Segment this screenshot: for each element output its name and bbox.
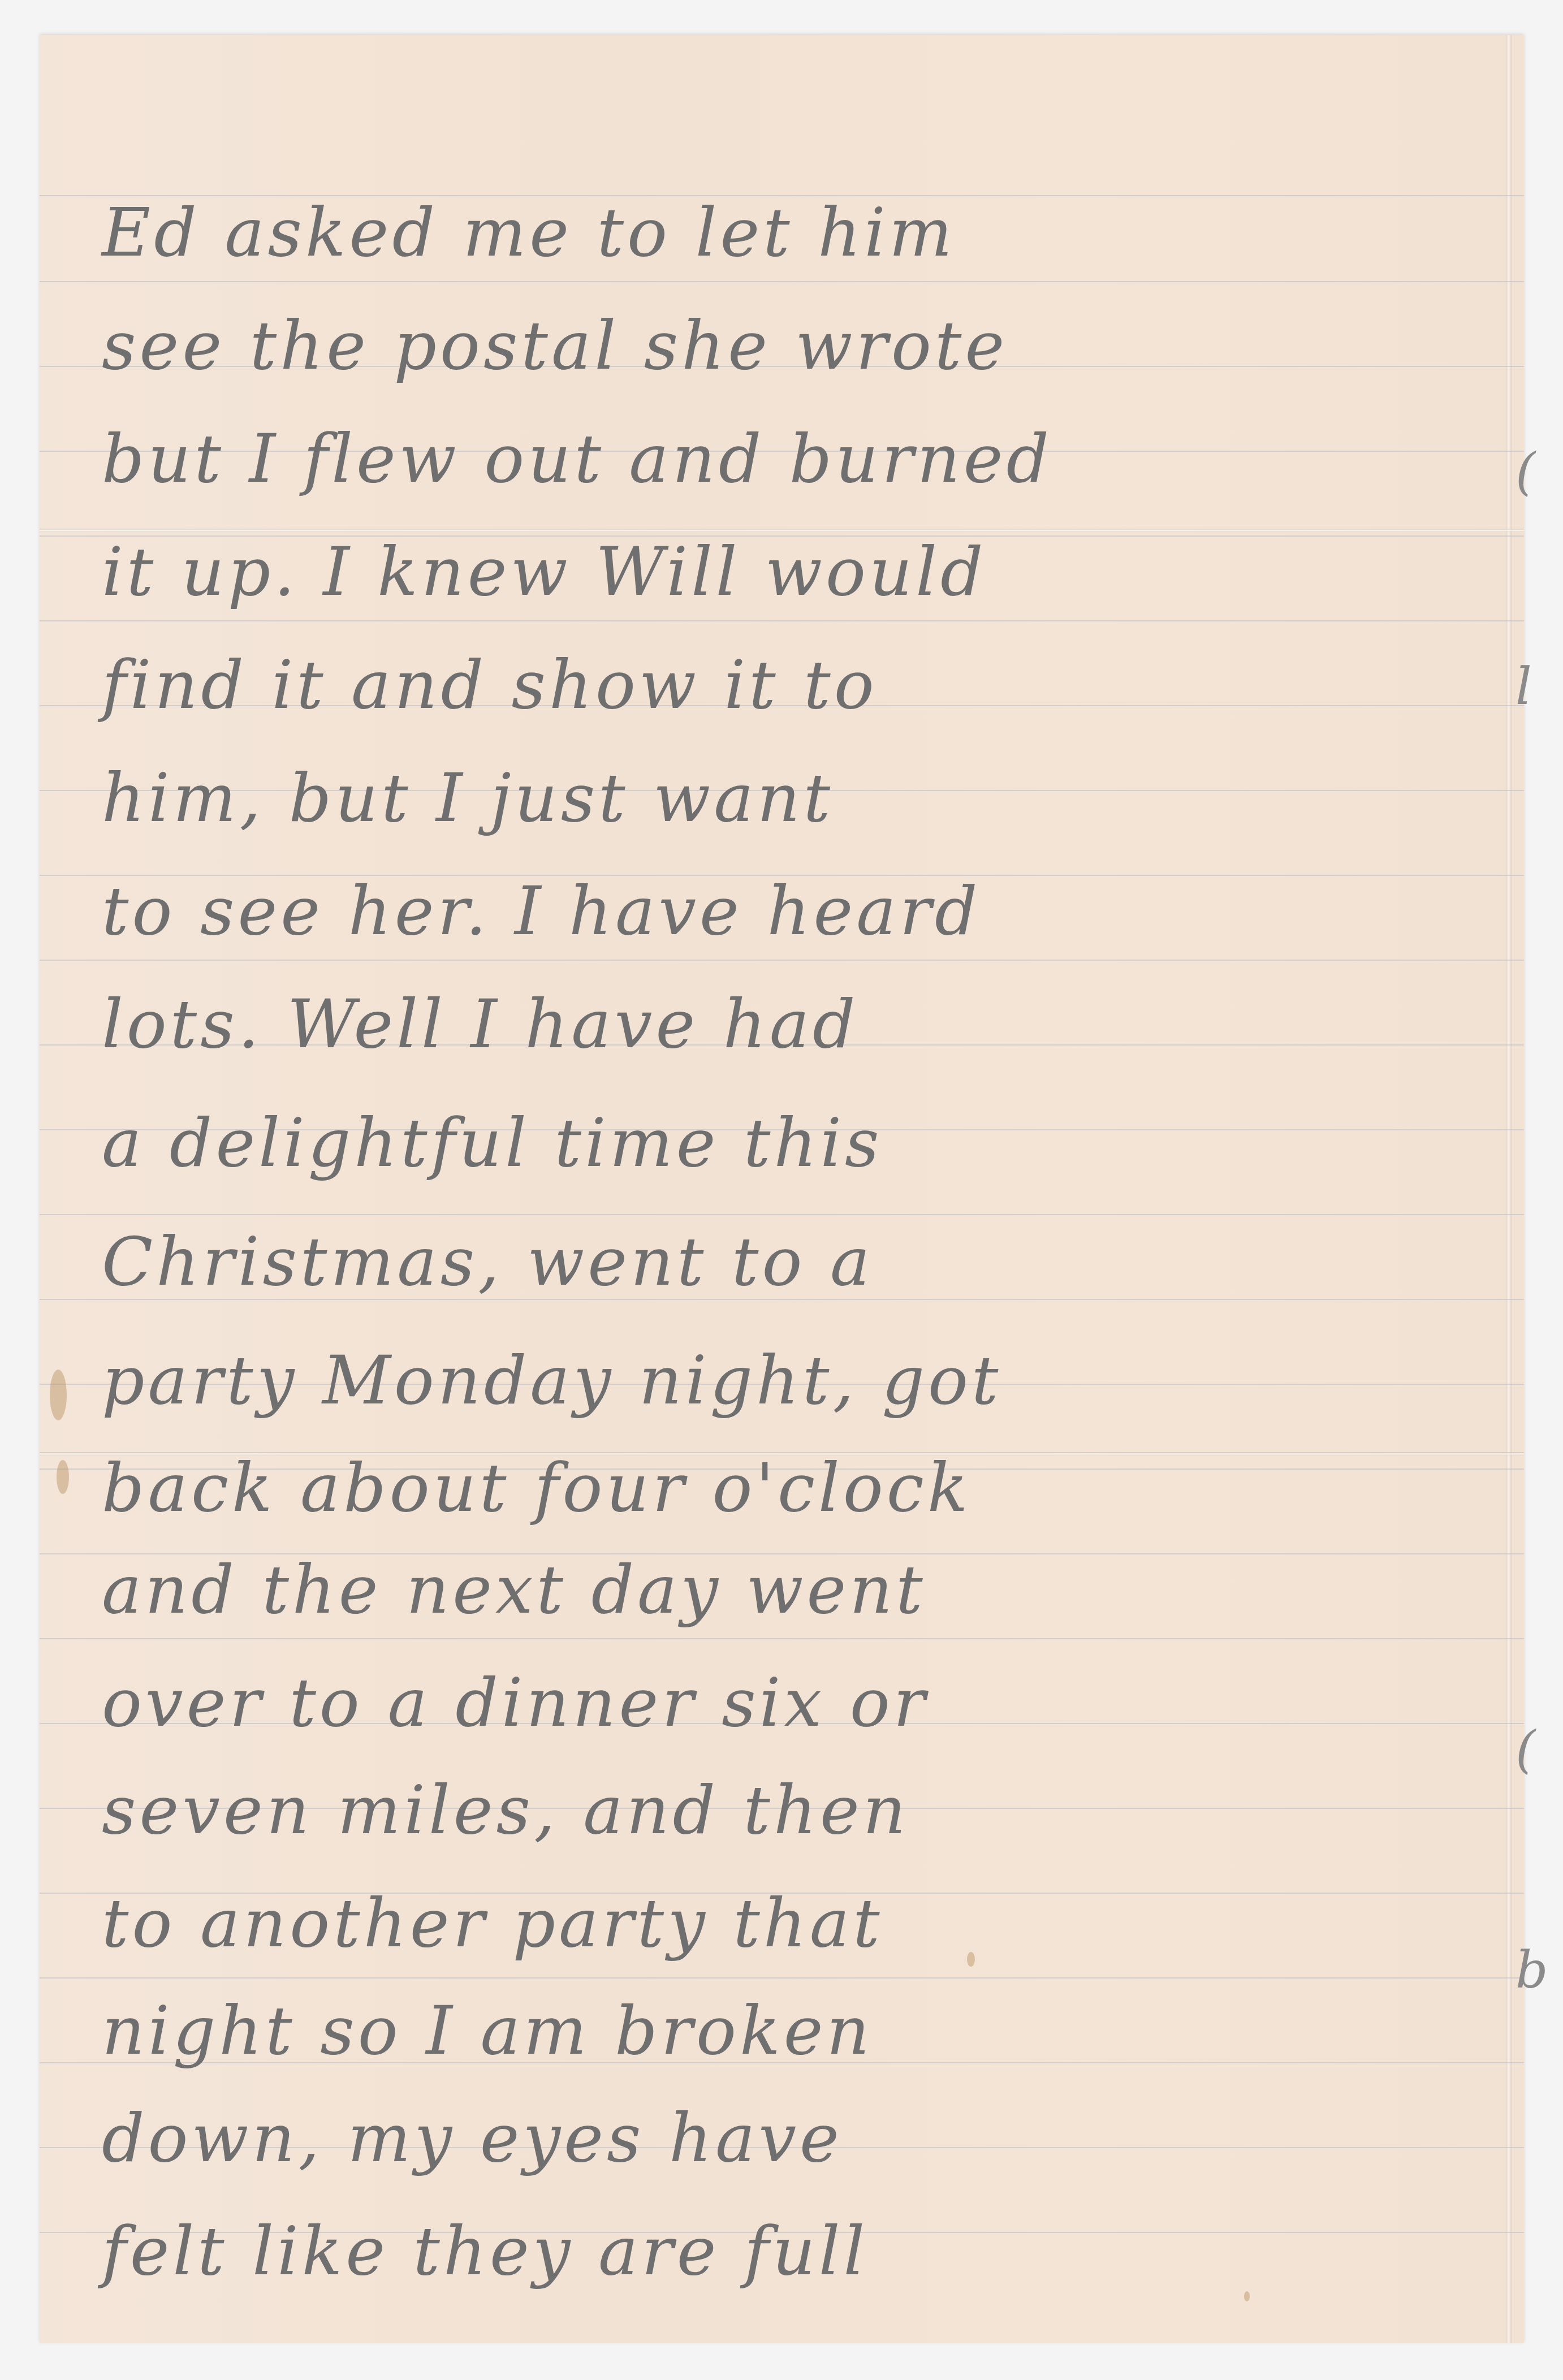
letter-line: but I flew out and burned	[102, 425, 1052, 492]
letter-line: night so I am broken	[102, 1997, 873, 2064]
letter-line: Ed asked me to let him	[102, 199, 956, 266]
letter-page: Ed asked me to let him see the postal sh…	[40, 35, 1524, 2343]
paper-stain	[50, 1370, 67, 1420]
ruled-line	[40, 1638, 1524, 1639]
adjacent-page-fragment: (	[1515, 442, 1535, 502]
letter-line: find it and show it to	[102, 651, 878, 718]
horizontal-fold-upper	[40, 529, 1524, 532]
paper-stain	[57, 1460, 69, 1494]
ruled-line	[40, 1214, 1524, 1215]
letter-line: to another party that	[102, 1890, 883, 1956]
letter-line: seven miles, and then	[102, 1777, 909, 1843]
letter-line: Christmas, went to a	[102, 1228, 873, 1295]
letter-line: party Monday night, got	[102, 1347, 1002, 1414]
vertical-fold	[1506, 35, 1512, 2343]
adjacent-page-fragment: (	[1515, 1720, 1535, 1779]
letter-line: lots. Well I have had	[102, 991, 859, 1057]
letter-line: felt like they are full	[102, 2218, 868, 2284]
letter-line: over to a dinner six or	[102, 1669, 929, 1736]
letter-line: it up. I knew Will would	[102, 538, 986, 605]
ruled-line	[40, 620, 1524, 621]
paper-stain	[967, 1952, 975, 1967]
letter-line: and the next day went	[102, 1556, 926, 1623]
adjacent-page-fragment: l	[1515, 657, 1532, 716]
adjacent-page-fragment: b	[1515, 1941, 1548, 2000]
ruled-line	[40, 960, 1524, 961]
letter-line: to see her. I have heard	[102, 878, 981, 944]
letter-line: down, my eyes have	[102, 2105, 843, 2171]
letter-line: a delightful time this	[102, 1109, 883, 1176]
ruled-line	[40, 1977, 1524, 1979]
paper-stain	[1244, 2291, 1250, 2301]
letter-line: him, but I just want	[102, 764, 834, 831]
ruled-line	[40, 281, 1524, 282]
letter-line: see the postal she wrote	[102, 312, 1008, 379]
letter-line: back about four o'clock	[102, 1454, 971, 1521]
